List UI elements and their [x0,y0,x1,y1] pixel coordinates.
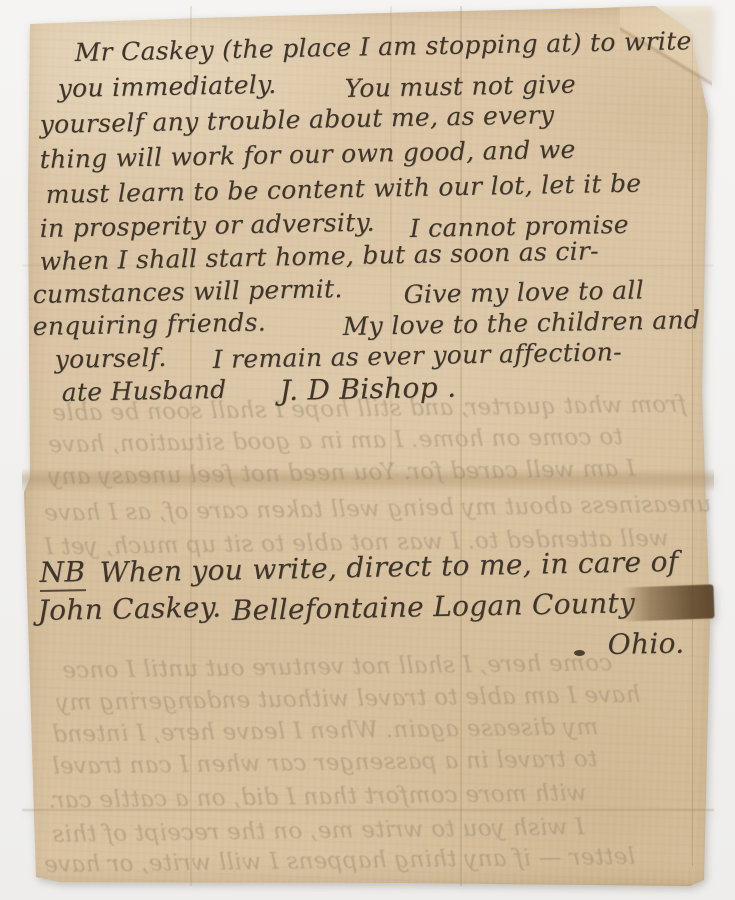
paper-sheet: from what quarter, and still hope I shal… [22,6,714,886]
ink-speck [574,650,585,656]
postscript-line: Ohio. [607,627,684,661]
letter-line: cumstances will permit. [32,274,342,309]
postscript-nb-label: NB [39,555,85,592]
letter-line: you immediately. [57,70,276,103]
letter-line: enquiring friends. [32,308,266,341]
letter-line: You must not give [344,70,576,103]
letter-line: yourself. [54,343,166,374]
postscript-line: John Caskey. [37,590,221,627]
letter-line: Give my love to all [403,275,644,309]
signature: J. D Bishop . [279,371,456,407]
ink-stain [621,584,714,621]
letter-line: ate Husband [61,375,226,407]
letter-scan: from what quarter, and still hope I shal… [0,0,735,900]
